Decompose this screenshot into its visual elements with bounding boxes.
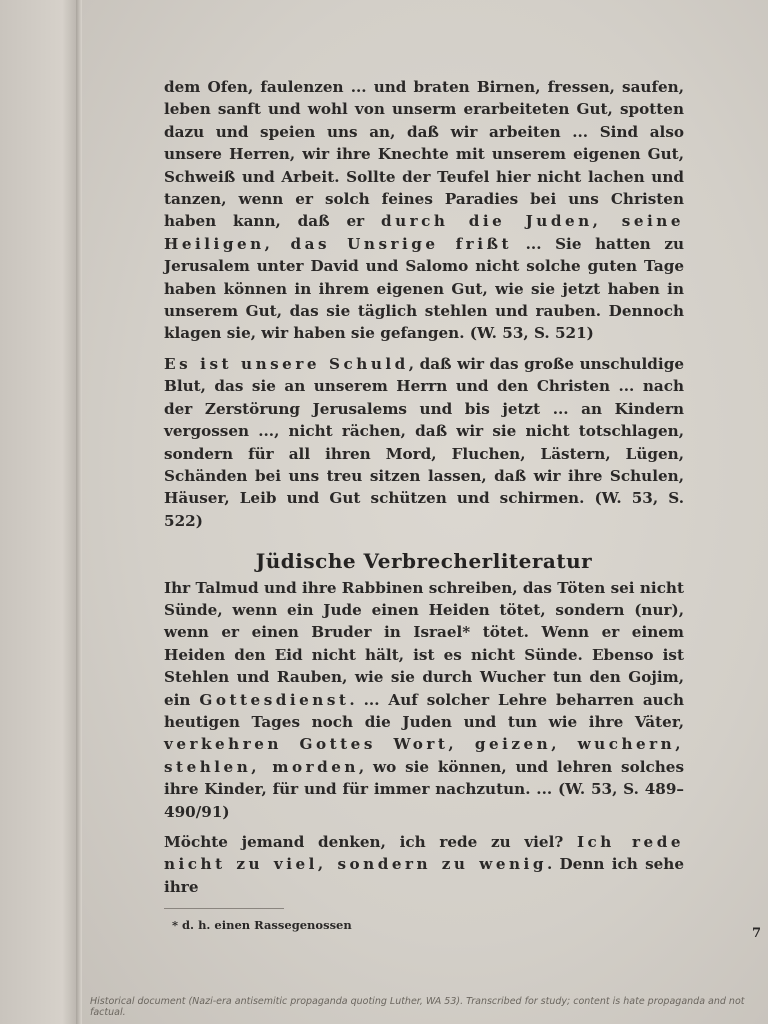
- page-number: 7: [752, 926, 761, 941]
- book-page: dem Ofen, faulenzen ... und braten Birne…: [82, 0, 768, 1024]
- emphasis-spaced: Gottesdienst: [199, 691, 349, 709]
- facing-page-edge: [0, 0, 78, 1024]
- paragraph-4: Möchte jemand denken, ich rede zu viel? …: [164, 831, 684, 898]
- page-text: dem Ofen, faulenzen ... und braten Birne…: [164, 76, 684, 933]
- section-heading: Jüdische Verbrecherliteratur: [164, 550, 684, 572]
- paragraph-3: Ihr Talmud und ihre Rabbinen schreiben, …: [164, 577, 684, 823]
- paragraph-2: Es ist unsere Schuld, daß wir das große …: [164, 353, 684, 532]
- footnote-divider: [164, 908, 284, 909]
- footnote: * d. h. einen Rassegenossen: [172, 917, 684, 933]
- paragraph-1: dem Ofen, faulenzen ... und braten Birne…: [164, 76, 684, 345]
- emphasis-spaced: Es ist unsere Schuld: [164, 355, 409, 373]
- archival-context-note: Historical document (Nazi-era antisemiti…: [90, 996, 750, 1018]
